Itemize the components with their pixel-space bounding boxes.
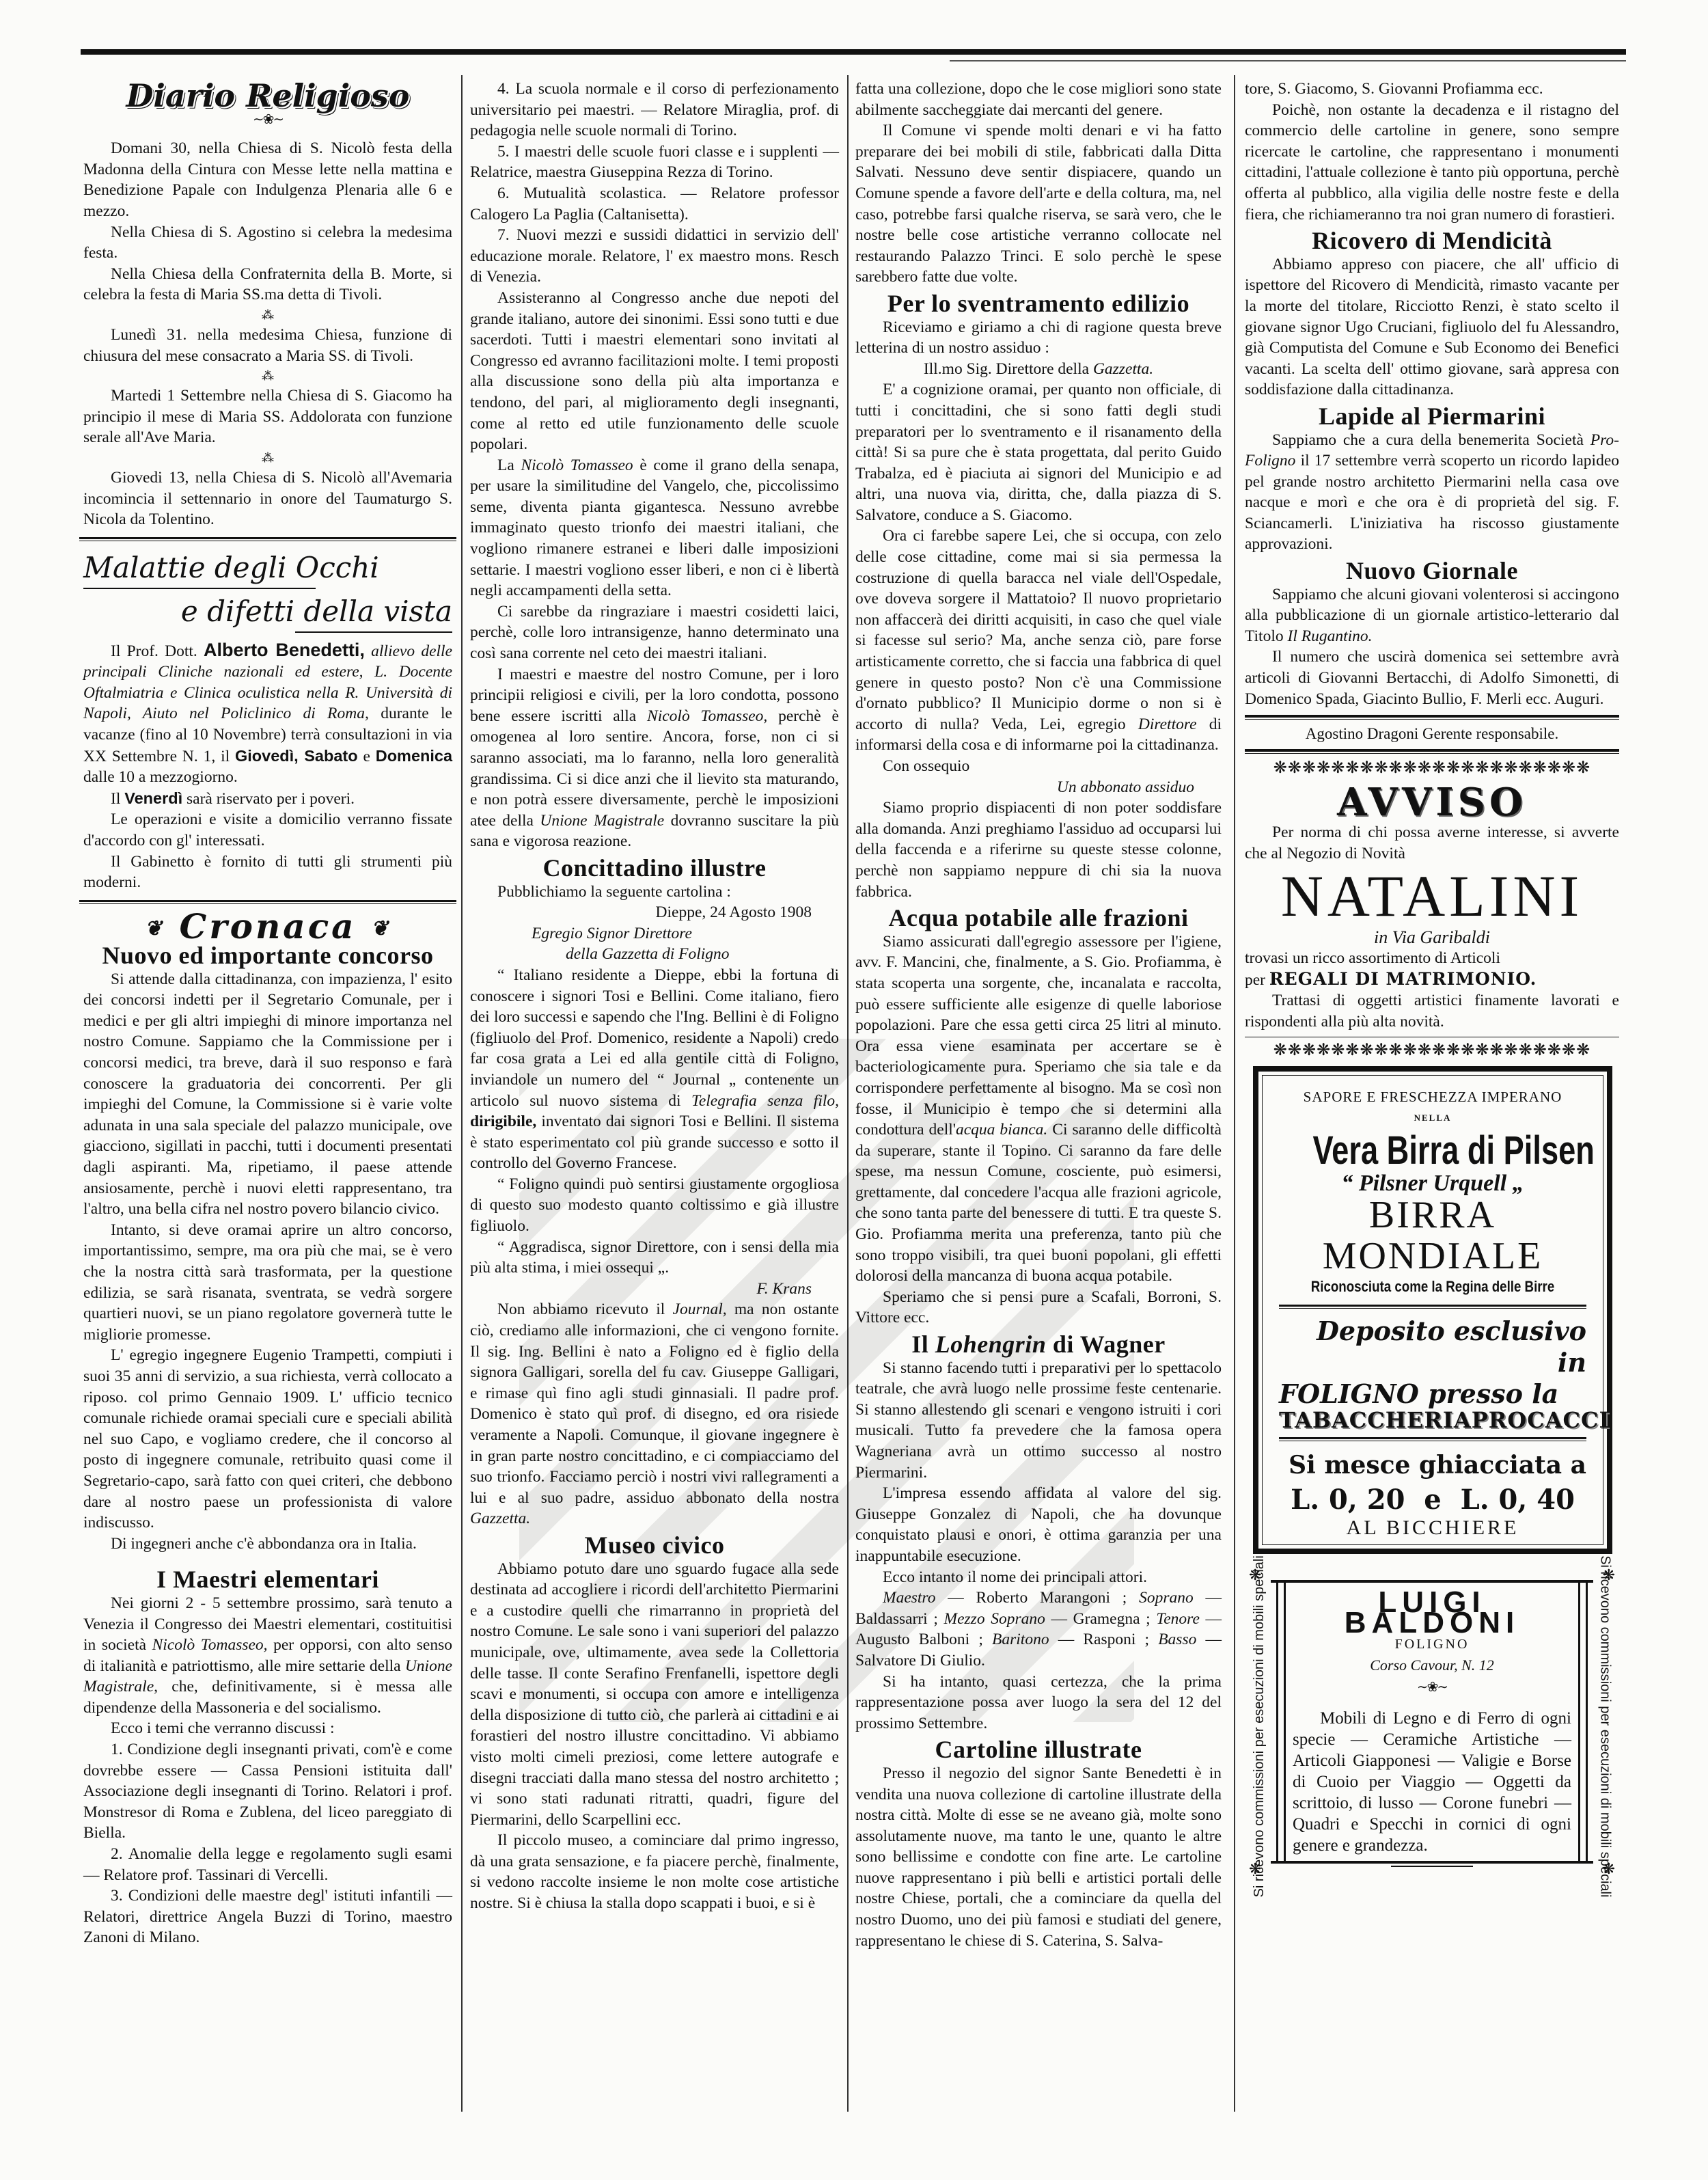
- prices: L. 0, 20 e L. 0, 40: [1279, 1482, 1586, 1518]
- paragraph: L'impresa essendo affidata al valore del…: [855, 1483, 1222, 1566]
- paragraph: Il numero che uscirà domenica sei settem…: [1245, 646, 1619, 709]
- column-2: 4. La scuola normale e il corso di perfe…: [470, 79, 839, 1914]
- paragraph: tore, S. Giacomo, S. Giovanni Profiamma …: [1245, 79, 1619, 100]
- article-nuovo-giornale: Nuovo Giornale Sappiamo che alcuni giova…: [1245, 560, 1619, 709]
- ad-frame-side: [1578, 1580, 1588, 1864]
- paragraph: Nei giorni 2 - 5 settembre prossimo, sar…: [83, 1593, 452, 1719]
- headline: Acqua potabile alle frazioni: [855, 908, 1222, 929]
- paragraph: Siamo proprio dispiacenti di non poter s…: [855, 798, 1222, 902]
- leaf-ornament-icon: ❦: [371, 917, 391, 941]
- paragraph: Il Comune vi spende molti denari e vi ha…: [855, 120, 1222, 288]
- column-divider: [1234, 75, 1235, 2112]
- paragraph: Mobili di Legno e di Ferro di ogni speci…: [1293, 1708, 1571, 1856]
- intro: Pubblichiamo la seguente cartolina :: [470, 882, 839, 903]
- ad-line: SAPORE E FRESCHEZZA IMPERANO: [1279, 1087, 1586, 1108]
- headline: Nuovo Giornale: [1245, 560, 1619, 582]
- paragraph: “ Italiano residente a Dieppe, ebbi la f…: [470, 965, 839, 1174]
- side-text: Si ricevono commissioni per esecuzioni d…: [1593, 1600, 1616, 1853]
- divider: [1245, 715, 1619, 720]
- article-maestri-continued: 4. La scuola normale e il corso di perfe…: [470, 79, 839, 852]
- leaf-ornament-icon: ❦: [145, 917, 165, 941]
- list-item: 2. Anomalie della legge e regolamento su…: [83, 1844, 452, 1885]
- list-item: 4. La scuola normale e il corso di perfe…: [470, 79, 839, 141]
- list-item: 7. Nuovi mezzi e sussidi didattici in se…: [470, 225, 839, 288]
- paragraph: Martedi 1 Settembre nella Chiesa di S. G…: [83, 385, 452, 448]
- cast-list: Maestro — Roberto Marangoni ; Soprano — …: [855, 1588, 1222, 1671]
- side-text: Si ricevono commissioni per esecuzioni d…: [1248, 1600, 1271, 1853]
- list-item: 3. Condizioni delle maestre degl' istitu…: [83, 1885, 452, 1948]
- shop-address: in Via Garibaldi: [1245, 927, 1619, 949]
- paragraph: per REGALI DI MATRIMONIO.: [1245, 969, 1619, 991]
- salutation: Egregio Signor Direttore: [470, 923, 839, 944]
- headline: Diario Religioso: [83, 85, 452, 107]
- paragraph: Sappiamo che alcuni giovani volenterosi …: [1245, 584, 1619, 647]
- list-item: 1. Condizione degli insegnanti privati, …: [83, 1739, 452, 1844]
- headline: Lapide al Piermarini: [1245, 406, 1619, 427]
- gerente-responsabile: Agostino Dragoni Gerente responsabile.: [1245, 720, 1619, 749]
- paragraph: Ci sarebbe da ringraziare i maestri cosi…: [470, 601, 839, 664]
- paragraph: L' egregio ingegnere Eugenio Trampetti, …: [83, 1345, 452, 1533]
- salutation: della Gazzetta di Foligno: [470, 944, 839, 965]
- ad-line: BIRRA MONDIALE: [1279, 1195, 1586, 1277]
- ad-title-line2: e difetti della vista: [83, 595, 452, 629]
- ad-title-line1: Malattie degli Occhi: [83, 551, 452, 585]
- article-lapide: Lapide al Piermarini Sappiamo che a cura…: [1245, 406, 1619, 555]
- article-ricovero: Ricovero di Mendicità Abbiamo appreso co…: [1245, 230, 1619, 400]
- ad-line: NELLA: [1279, 1108, 1586, 1129]
- headline: Concittadino illustre: [470, 858, 839, 879]
- paragraph: Sappiamo che a cura della benemerita Soc…: [1245, 430, 1619, 556]
- headline: I Maestri elementari: [83, 1569, 452, 1590]
- asterism-icon: ⁂: [83, 310, 452, 321]
- article-sventramento: Per lo sventramento edilizio Riceviamo e…: [855, 293, 1222, 902]
- paragraph: “ Foligno quindi può sentirsi giustament…: [470, 1174, 839, 1237]
- paragraph: Nella Chiesa di S. Agostino si celebra l…: [83, 222, 452, 264]
- article-museo-civico: Museo civico Abbiamo potuto dare uno sgu…: [470, 1535, 839, 1914]
- asterism-icon: ⁂: [83, 370, 452, 381]
- paragraph: Nella Chiesa della Confraternita della B…: [83, 264, 452, 305]
- ad-line: AL BICCHIERE: [1279, 1518, 1586, 1539]
- article-acqua-potabile: Acqua potabile alle frazioni Siamo assic…: [855, 908, 1222, 1329]
- paragraph: Poichè, non ostante la decadenza e il ri…: [1245, 100, 1619, 226]
- paragraph: Il Gabinetto è fornito di tutti gli stru…: [83, 851, 452, 893]
- flower-border-icon: ❋❋❋❋❋❋❋❋❋❋❋❋❋❋❋❋❋❋❋❋❋❋: [1245, 758, 1619, 779]
- address: Corso Cavour, N. 12: [1293, 1655, 1571, 1676]
- article-cartoline: Cartoline illustrate Presso il negozio d…: [855, 1739, 1222, 1951]
- paragraph: Speriamo che si pensi pure a Scafali, Bo…: [855, 1287, 1222, 1329]
- divider: [1279, 1437, 1586, 1441]
- column-divider: [461, 75, 463, 2112]
- ad-birra-pilsen: SAPORE E FRESCHEZZA IMPERANO NELLA Vera …: [1253, 1066, 1612, 1554]
- ad-content: LUIGI BALDONI FOLIGNO Corso Cavour, N. 1…: [1293, 1592, 1571, 1867]
- ad-malattie-occhi: Malattie degli Occhi e difetti della vis…: [83, 551, 452, 893]
- asterism-icon: ⁂: [83, 452, 452, 463]
- headline: Il Lohengrin di Wagner: [855, 1334, 1222, 1355]
- paragraph: Siamo assicurati dall'egregio assessore …: [855, 931, 1222, 1287]
- column-divider: [847, 75, 849, 2112]
- brand-name: “ Pilsner Urquell „: [1279, 1173, 1586, 1195]
- closing: Con ossequio: [855, 756, 1222, 777]
- paragraph: Intanto, si deve oramai aprire un altro …: [83, 1220, 452, 1346]
- dateline: Dieppe, 24 Agosto 1908: [470, 902, 839, 923]
- paragraph: Assisteranno al Congresso anche due nepo…: [470, 288, 839, 455]
- paragraph: fatta una collezione, dopo che le cose m…: [855, 79, 1222, 120]
- underline: [83, 588, 316, 589]
- column-3: fatta una collezione, dopo che le cose m…: [855, 79, 1222, 1951]
- headline: Ricovero di Mendicità: [1245, 230, 1619, 251]
- paragraph: Si ha intanto, quasi certezza, che la pr…: [855, 1672, 1222, 1734]
- paragraph: Non abbiamo ricevuto il Journal, ma non …: [470, 1299, 839, 1529]
- paragraph: Lunedì 31. nella medesima Chiesa, funzio…: [83, 325, 452, 366]
- headline: Per lo sventramento edilizio: [855, 293, 1222, 314]
- divider: [1391, 1866, 1473, 1867]
- section-header-cronaca: ❦ Cronaca ❦: [83, 916, 452, 940]
- divider: [1279, 1305, 1586, 1309]
- ad-luigi-baldoni: ❋ ❋ ❋ ❋ Si ricevono commissioni per esec…: [1245, 1559, 1619, 1884]
- paragraph: Il piccolo museo, a cominciare dal primo…: [470, 1830, 839, 1913]
- paragraph: Ecco intanto il nome dei principali atto…: [855, 1567, 1222, 1588]
- paragraph: Le operazioni e visite a domicilio verra…: [83, 809, 452, 851]
- headline: Cartoline illustrate: [855, 1739, 1222, 1760]
- paragraph: Per norma di chi possa averne interesse,…: [1245, 822, 1619, 864]
- flower-border-icon: ❋❋❋❋❋❋❋❋❋❋❋❋❋❋❋❋❋❋❋❋❋❋: [1245, 1037, 1619, 1061]
- ornament-icon: ∼❀∼: [1293, 1677, 1571, 1698]
- article-concittadino-illustre: Concittadino illustre Pubblichiamo la se…: [470, 858, 839, 1529]
- list-item: 6. Mutualità scolastica. — Relatore prof…: [470, 183, 839, 225]
- article-museo-continued: fatta una collezione, dopo che le cose m…: [855, 79, 1222, 288]
- ad-headline: Vera Birra di Pilsen: [1313, 1128, 1553, 1173]
- doctor-name: Alberto Benedetti,: [204, 640, 365, 660]
- underline: [295, 631, 452, 633]
- paragraph: I maestri e maestre del nostro Comune, p…: [470, 664, 839, 852]
- headline: Nuovo ed importante concorso: [83, 945, 452, 966]
- list-item: 5. I maestri delle scuole fuori classe e…: [470, 141, 839, 183]
- paragraph: Presso il negozio del signor Sante Bened…: [855, 1763, 1222, 1951]
- divider: [1245, 749, 1619, 754]
- divider: [79, 537, 456, 541]
- business-name: LUIGI BALDONI: [1293, 1592, 1571, 1634]
- paragraph: “ Aggradisca, signor Direttore, con i se…: [470, 1237, 839, 1279]
- article-diario-religioso: Diario Religioso ∼❀∼ Domani 30, nella Ch…: [83, 85, 452, 530]
- article-lohengrin: Il Lohengrin di Wagner Si stanno facendo…: [855, 1334, 1222, 1734]
- paragraph: E' a cognizione oramai, per quanto non o…: [855, 379, 1222, 526]
- top-rule-thin: [950, 60, 1626, 62]
- paragraph: Abbiamo potuto dare uno sguardo fugace a…: [470, 1559, 839, 1831]
- signature: Un abbonato assiduo: [855, 777, 1222, 798]
- ad-line: Deposito esclusivo in: [1279, 1316, 1586, 1378]
- article-maestri-elementari: I Maestri elementari Nei giorni 2 - 5 se…: [83, 1569, 452, 1948]
- headline: Museo civico: [470, 1535, 839, 1556]
- paragraph: Giovedi 13, nella Chiesa di S. Nicolò al…: [83, 467, 452, 530]
- paragraph: Il Venerdì sarà riservato per i poveri.: [83, 788, 452, 810]
- shop-name: NATALINI: [1245, 864, 1619, 927]
- article-cartoline-continued: tore, S. Giacomo, S. Giovanni Profiamma …: [1245, 79, 1619, 225]
- ad-line: FOLIGNO presso la: [1279, 1378, 1586, 1410]
- ad-line: Si mesce ghiacciata a: [1279, 1448, 1586, 1482]
- divider: [79, 900, 456, 904]
- paragraph: Trattasi di oggetti artistici finamente …: [1245, 990, 1619, 1032]
- paragraph: Il Prof. Dott. Alberto Benedetti, alliev…: [83, 640, 452, 788]
- paragraph: Di ingegneri anche c'è abbondanza ora in…: [83, 1534, 452, 1555]
- column-1: Diario Religioso ∼❀∼ Domani 30, nella Ch…: [83, 79, 452, 1948]
- paragraph: Si attende dalla cittadinanza, con impaz…: [83, 969, 452, 1220]
- ad-frame-side: [1276, 1580, 1286, 1864]
- ad-title: AVVISO: [1245, 782, 1619, 822]
- paragraph: Ecco i temi che verranno discussi :: [83, 1718, 452, 1739]
- tagline: Riconosciuta come la Regina delle Birre: [1302, 1277, 1564, 1298]
- store-name: TABACCHERIA PROCACCI: [1279, 1410, 1586, 1431]
- paragraph: Abbiamo appreso con piacere, che all' uf…: [1245, 254, 1619, 400]
- paragraph: Si stanno facendo tutti i preparativi pe…: [855, 1358, 1222, 1484]
- top-rule: [81, 49, 1626, 55]
- signature: F. Krans: [470, 1279, 839, 1300]
- ad-avviso-natalini: AVVISO Per norma di chi possa averne int…: [1245, 782, 1619, 1032]
- paragraph: Domani 30, nella Chiesa di S. Nicolò fes…: [83, 138, 452, 221]
- paragraph: Ora ci farebbe sapere Lei, che si occupa…: [855, 526, 1222, 756]
- paragraph: La Nicolò Tomasseo è come il grano della…: [470, 455, 839, 601]
- paragraph: trovasi un ricco assortimento di Articol…: [1245, 948, 1619, 969]
- city: FOLIGNO: [1293, 1634, 1571, 1655]
- salutation: Ill.mo Sig. Direttore della Gazzetta.: [855, 359, 1222, 380]
- column-4: tore, S. Giacomo, S. Giovanni Profiamma …: [1245, 79, 1619, 1884]
- article-concorso: Nuovo ed importante concorso Si attende …: [83, 945, 452, 1554]
- intro: Riceviamo e giriamo a chi di ragione que…: [855, 317, 1222, 359]
